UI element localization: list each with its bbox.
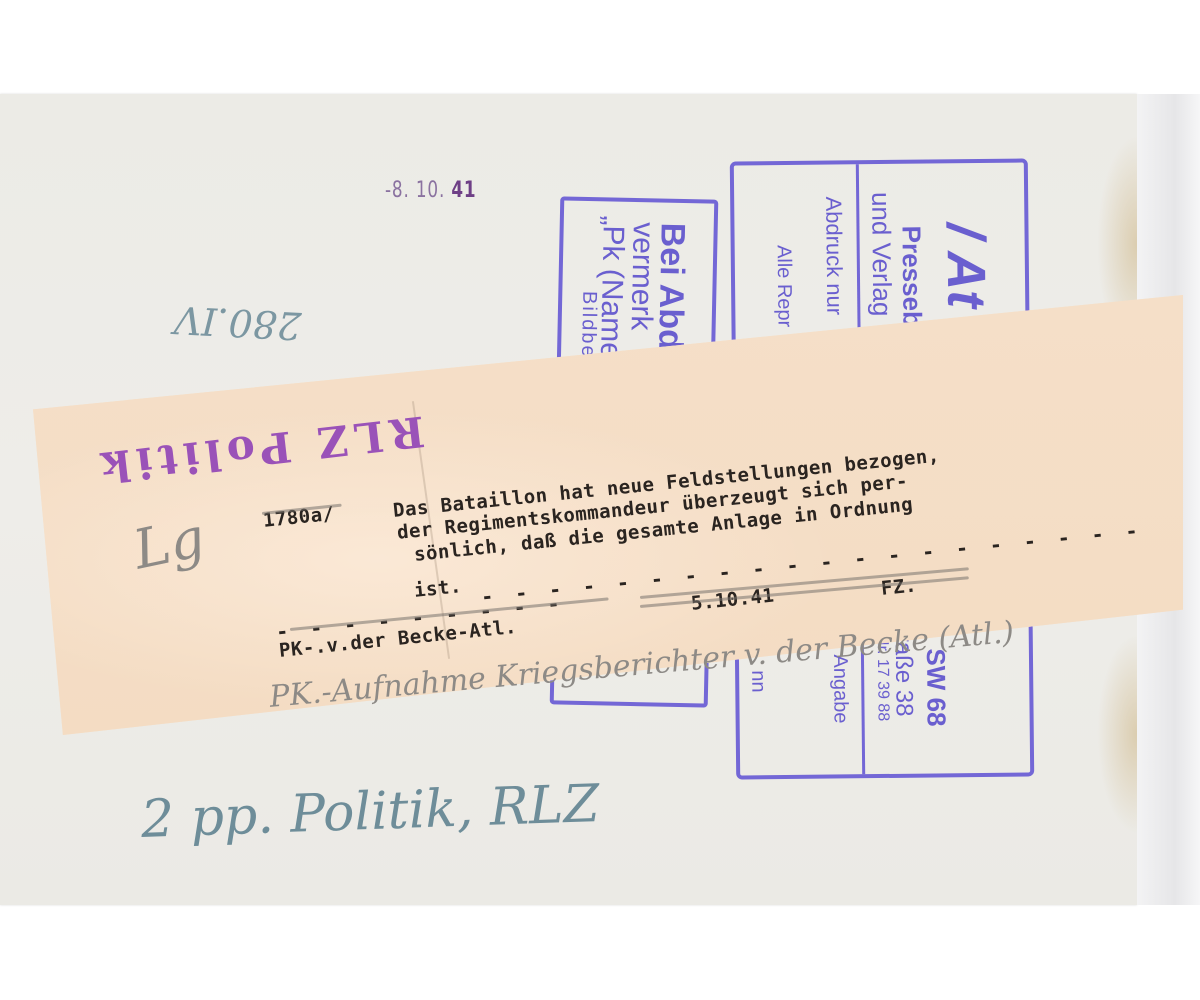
agency-logo: / At (934, 223, 997, 309)
stamp-line: und Verlag (865, 192, 897, 317)
stamp-line: SW 68 (920, 648, 952, 726)
age-stain (1097, 634, 1137, 834)
stamp-line: nn (746, 670, 769, 692)
caption-code: FZ. (880, 574, 918, 600)
date-stamp-day-month: -8. 10. (385, 178, 445, 203)
stamp-line: Pressebi (895, 226, 927, 335)
stamp-line: Abdruck nur (820, 196, 847, 315)
inventory-number: 280.IV (173, 297, 302, 348)
date-stamp-year: 41 (451, 178, 476, 203)
stamp-line: Alle Repr (772, 245, 796, 328)
date-stamp: -8. 10. 41 (385, 178, 476, 203)
